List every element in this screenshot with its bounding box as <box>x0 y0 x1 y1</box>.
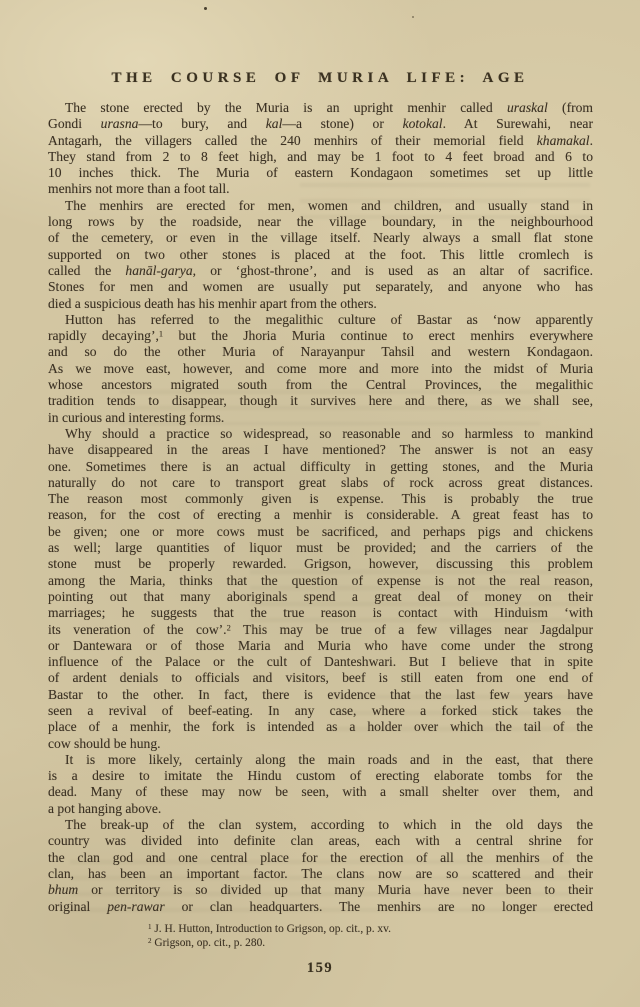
text-line: Antagarh, the villagers called the 240 m… <box>48 133 593 149</box>
text-line: as well; large quantities of liquor must… <box>48 540 593 556</box>
text-line: They stand from 2 to 8 feet high, and ma… <box>48 149 593 165</box>
text-line: seen a revival of beef-eating. In any ca… <box>48 703 593 719</box>
text-line: a pot hanging above. <box>48 801 593 817</box>
text-line: is a desire to imitate the Hindu custom … <box>48 768 593 784</box>
text-line: As we move east, however, and come more … <box>48 361 593 377</box>
paragraph: Hutton has referred to the megalithic cu… <box>48 312 593 426</box>
paragraph: It is more likely, certainly along the m… <box>48 752 593 817</box>
text-line: The menhirs are erected for men, women a… <box>48 198 593 214</box>
text-line: bhum or territory is so divided up that … <box>48 882 593 898</box>
text-line: have disappeared in the areas I have men… <box>48 442 593 458</box>
text-line: country was divided into definite clan a… <box>48 833 593 849</box>
text-line: one. Sometimes there is an actual diffic… <box>48 459 593 475</box>
text-line: and so do the other Muria of Narayanpur … <box>48 344 593 360</box>
text-line: original pen-rawar or clan headquarters.… <box>48 899 593 915</box>
text-line: its veneration of the cow’.2 This may be… <box>48 622 593 638</box>
text-line: the clan god and one central place for t… <box>48 850 593 866</box>
paragraph: The menhirs are erected for men, women a… <box>48 198 593 312</box>
book-page: THE COURSE OF MURIA LIFE: AGE The stone … <box>0 0 640 1007</box>
running-head: THE COURSE OF MURIA LIFE: AGE <box>0 0 640 87</box>
text-line: Bastar to the other. In fact, there is e… <box>48 687 593 703</box>
text-line: reason, for the cost of erecting a menhi… <box>48 507 593 523</box>
text-line: The stone erected by the Muria is an upr… <box>48 100 593 116</box>
text-line: cow should be hung. <box>48 736 593 752</box>
text-line: be given; one or more cows must be sacri… <box>48 524 593 540</box>
text-line: rapidly decaying’,1 but the Jhoria Muria… <box>48 328 593 344</box>
text-line: long rows by the roadside, near the vill… <box>48 214 593 230</box>
text-line: among the Maria, thinks that the questio… <box>48 573 593 589</box>
text-line: menhirs not more than a foot tall. <box>48 181 593 197</box>
paragraph: The stone erected by the Muria is an upr… <box>48 100 593 198</box>
text-line: clan, has been an important factor. The … <box>48 866 593 882</box>
text-line: influence of the Palace or the cult of D… <box>48 654 593 670</box>
text-line: Gondi urasna—to bury, and kal—a stone) o… <box>48 116 593 132</box>
text-line: Hutton has referred to the megalithic cu… <box>48 312 593 328</box>
footnote: 2 Grigson, op. cit., p. 280. <box>148 936 580 951</box>
text-line: marriages; he suggests that the true rea… <box>48 605 593 621</box>
text-line: tradition tends to disappear, though it … <box>48 393 593 409</box>
text-line: 10 inches thick. The Muria of eastern Ko… <box>48 165 593 181</box>
text-line: The reason most commonly given is expens… <box>48 491 593 507</box>
text-line: Why should a practice so widespread, so … <box>48 426 593 442</box>
text-line: in curious and interesting forms. <box>48 410 593 426</box>
paragraph: The break-up of the clan system, accordi… <box>48 817 593 915</box>
text-line: supported on two other stones is placed … <box>48 247 593 263</box>
text-line: of ardent denials to officials and visit… <box>48 670 593 686</box>
text-line: naturally do not care to transport great… <box>48 475 593 491</box>
footnotes: 1 J. H. Hutton, Introduction to Grigson,… <box>148 922 580 951</box>
text-line: Stones for men and women are usually put… <box>48 279 593 295</box>
text-line: It is more likely, certainly along the m… <box>48 752 593 768</box>
text-line: died a suspicious death has his menhir a… <box>48 296 593 312</box>
text-line: or Dantewara or of those Maria and Muria… <box>48 638 593 654</box>
page-number: 159 <box>0 960 640 977</box>
text-line: The break-up of the clan system, accordi… <box>48 817 593 833</box>
text-line: pointing out that many aboriginals spend… <box>48 589 593 605</box>
text-line: called the hanāl-garya, or ‘ghost-throne… <box>48 263 593 279</box>
text-line: stone must be properly rewarded. Grigson… <box>48 556 593 572</box>
text-line: place of a menhir, the fork is intended … <box>48 719 593 735</box>
text-line: dead. Many of these may now be seen, wit… <box>48 784 593 800</box>
text-line: whose ancestors migrated south from the … <box>48 377 593 393</box>
text-line: of the cemetery, or even in the village … <box>48 230 593 246</box>
footnote: 1 J. H. Hutton, Introduction to Grigson,… <box>148 922 580 937</box>
paragraph: Why should a practice so widespread, so … <box>48 426 593 752</box>
body-text: The stone erected by the Muria is an upr… <box>48 100 593 915</box>
